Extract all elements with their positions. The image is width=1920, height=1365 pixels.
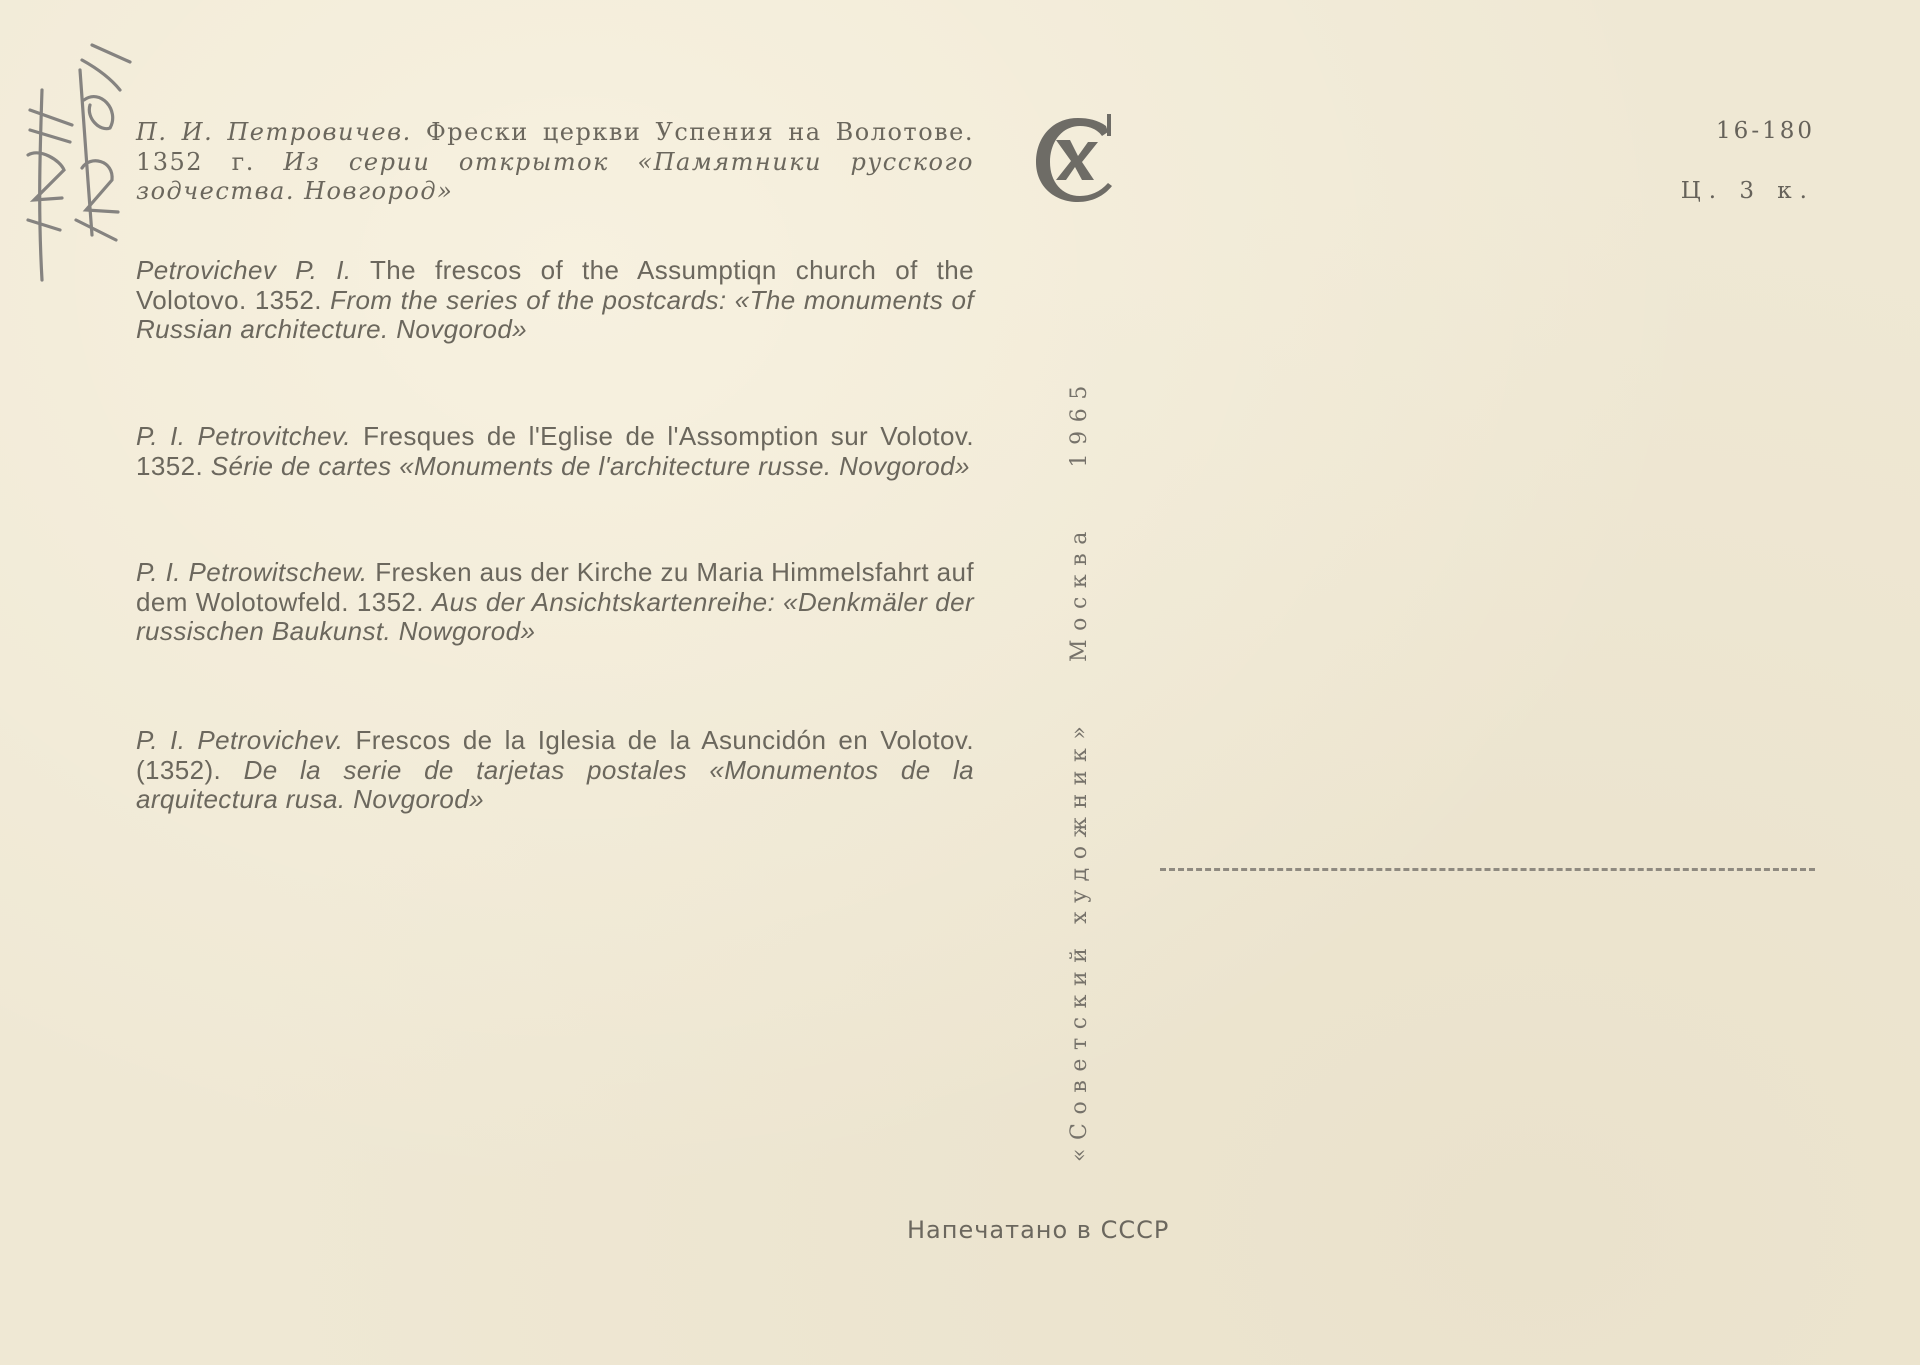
publisher-logo-icon: [1028, 112, 1120, 208]
catalog-code: 16-180: [1716, 118, 1815, 144]
author-name: П. И. Петровичев.: [136, 118, 412, 146]
description-french: P. I. Petrovitchev. Fresques de l'Eglise…: [136, 422, 974, 481]
author-name: P. I. Petrovichev.: [136, 725, 343, 755]
series-name: De la serie de tarjetas pos­tales «Monum…: [136, 755, 974, 815]
description-russian: П. И. Петровичев. Фрески церкви Успения …: [136, 118, 974, 207]
author-name: P. I. Petrovitchev.: [136, 421, 351, 451]
description-english: Petrovichev P. I. The frescos of the Ass…: [136, 256, 974, 345]
publisher-city: Москва: [1067, 523, 1092, 662]
publisher-imprint: «Советский художник» Москва 1965: [1067, 262, 1092, 1162]
series-name: Из серии открыток «Памятники русского зо…: [136, 148, 974, 206]
printed-in-ussr: Напечатано в СССР: [907, 1216, 1169, 1244]
publication-year: 1965: [1067, 377, 1092, 467]
series-name: Série de cartes «Monu­ments de l'archite…: [211, 451, 970, 481]
address-line-divider: [1160, 868, 1815, 871]
description-german: P. I. Petrowitschew. Fresken aus der Kir…: [136, 558, 974, 647]
publisher-name: «Советский художник»: [1067, 718, 1092, 1162]
description-spanish: P. I. Petrovichev. Frescos de la Iglesia…: [136, 726, 974, 815]
author-name: P. I. Petrowitschew.: [136, 557, 368, 587]
price: Ц. 3 к.: [1681, 178, 1815, 204]
author-name: Petrovichev P. I.: [136, 255, 351, 285]
